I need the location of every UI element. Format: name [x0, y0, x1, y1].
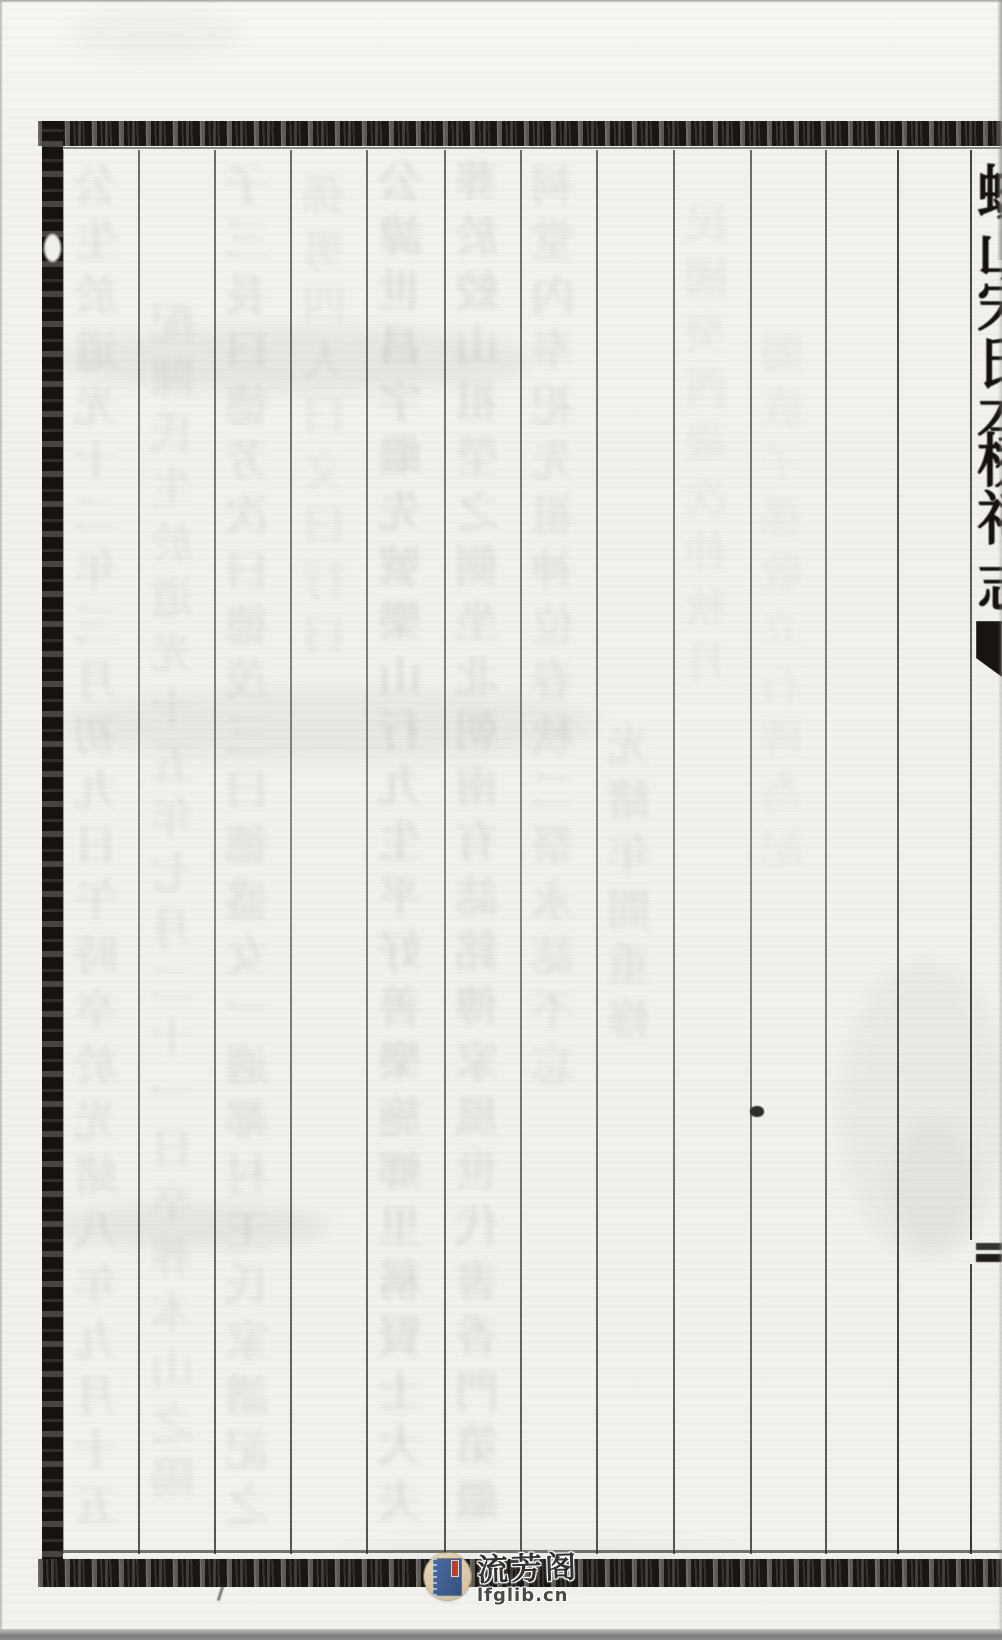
bleed-through-column: 祠堂內奉祀先祖神位春秋二祭永誌不忘 [525, 162, 593, 1114]
column-rule [214, 150, 216, 1554]
column-rule [825, 150, 827, 1554]
bleed-through-column: 公諱世昌字繼先號樂山行九生平好善樂施鄉里稱賢士大夫 [372, 158, 440, 1550]
column-rule [750, 150, 752, 1554]
scan-edge-top [0, 0, 1002, 3]
watermark-site-url: lfglib.cn [477, 1586, 579, 1606]
scan-edge-left [0, 0, 3, 1640]
bleed-through-column: 民國癸酉歲次仲秋月 [678, 200, 746, 700]
column-rule [596, 150, 598, 1554]
column-rule [366, 150, 368, 1554]
scan-edge-right [998, 230, 1002, 1630]
book-title-label [451, 1560, 459, 1577]
ink-speck [217, 1586, 224, 1601]
column-rule [520, 150, 522, 1554]
frame-top-border [38, 121, 1002, 146]
spine-column-rule [970, 150, 972, 1240]
bleed-through-column: 孫男四人曰文曰行曰忠曰信 [296, 172, 364, 712]
bleed-through-column: 子三長曰德芳次曰德茂三曰德盛女一適鄰村王氏家譜記之 [219, 162, 287, 1548]
watermark: 流芳阁 lfglib.cn [424, 1553, 579, 1606]
ink-speck [750, 1106, 764, 1117]
column-rule [138, 150, 140, 1554]
column-rule [897, 150, 899, 1554]
frame-top-inner-rule [63, 147, 1002, 149]
paper-stain [70, 8, 240, 58]
scanned-page: 公生於道光十二年三月初九日午時卒於光緒八年九月十五日 配陳氏生於道光十五年七月二… [0, 0, 1002, 1640]
column-rule [673, 150, 675, 1554]
column-rule [290, 150, 292, 1554]
spine-column-rule [970, 1264, 972, 1554]
frame-left-border [42, 121, 63, 1587]
watermark-badge [424, 1553, 471, 1600]
bleed-through-column: 配陳氏生於道光十五年七月二十一日卒葬本山之陽有碑記 [144, 300, 212, 1546]
scan-edge-bottom [0, 1629, 1002, 1640]
bleed-through-column: 光緒年間重修宗祠 [601, 722, 669, 1098]
thread-bound-book-icon [433, 1558, 462, 1596]
paper-stain [890, 1120, 975, 1250]
bleed-through-column: 葬於蛟山祖塋之側坐北朝南有誌銘傳家風世代書香門第繼 [449, 158, 517, 1550]
watermark-site-name: 流芳阁 [476, 1551, 579, 1588]
scan-edge-right [997, 0, 1002, 260]
bleed-through-column: 闔族子孫敬立石碑為記 [754, 330, 822, 950]
paper-defect-notch [44, 234, 61, 262]
bleed-through-column: 公生於道光十二年三月初九日午時卒於光緒八年九月十五日 [68, 162, 136, 1548]
column-rule [63, 150, 64, 1554]
column-rule [444, 150, 446, 1554]
